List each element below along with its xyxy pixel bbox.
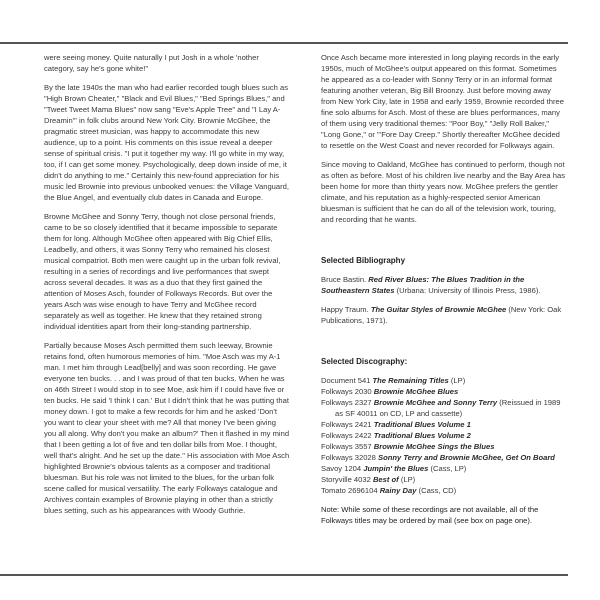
label: Folkways 2327 bbox=[321, 398, 372, 407]
discography-entry: Storyville 4032 Best of (LP) bbox=[321, 474, 565, 485]
discography-entry: Folkways 2421 Traditional Blues Volume 1 bbox=[321, 419, 565, 430]
label: Tomato 2696104 bbox=[321, 486, 378, 495]
discography-entry: Folkways 3557 Brownie McGhee Sings the B… bbox=[321, 441, 565, 452]
discography-note: Note: While some of these recordings are… bbox=[321, 504, 565, 526]
book-title: The Guitar Styles of Brownie McGhee bbox=[371, 305, 506, 314]
paragraph: Browne McGhee and Sonny Terry, though no… bbox=[44, 211, 290, 332]
discography-entry: Folkways 2422 Traditional Blues Volume 2 bbox=[321, 430, 565, 441]
top-rule bbox=[0, 42, 568, 44]
bibliography-list: Bruce Bastin. Red River Blues: The Blues… bbox=[321, 274, 565, 326]
bibliography-entry: Bruce Bastin. Red River Blues: The Blues… bbox=[321, 274, 565, 296]
format: (LP) bbox=[401, 475, 415, 484]
author: Happy Traum. bbox=[321, 305, 369, 314]
discography-entry: Document 541 The Remaining Titles (LP) bbox=[321, 375, 565, 386]
label: Folkways 2421 bbox=[321, 420, 372, 429]
discography-entry: Folkways 32028 Sonny Terry and Brownie M… bbox=[321, 452, 565, 463]
discography-entry: Tomato 2696104 Rainy Day (Cass, CD) bbox=[321, 485, 565, 496]
label: Folkways 3557 bbox=[321, 442, 372, 451]
label: Document 541 bbox=[321, 376, 370, 385]
album-title: Brownie McGhee Blues bbox=[374, 387, 458, 396]
publication: (Urbana: University of Illinois Press, 1… bbox=[397, 286, 541, 295]
discography-entry: Savoy 1204 Jumpin' the Blues (Cass, LP) bbox=[321, 463, 565, 474]
album-title: Jumpin' the Blues bbox=[363, 464, 428, 473]
album-title: Brownie McGhee and Sonny Terry bbox=[374, 398, 497, 407]
album-title: Traditional Blues Volume 1 bbox=[374, 420, 471, 429]
bibliography-entry: Happy Traum. The Guitar Styles of Browni… bbox=[321, 304, 565, 326]
paragraph: were seeing money. Quite naturally I put… bbox=[44, 52, 290, 74]
bibliography-heading: Selected Bibliography bbox=[321, 255, 565, 266]
album-title: Sonny Terry and Brownie McGhee, Get On B… bbox=[378, 453, 555, 462]
album-title: Traditional Blues Volume 2 bbox=[374, 431, 471, 440]
album-title: Best of bbox=[373, 475, 399, 484]
format: (Cass, LP) bbox=[430, 464, 466, 473]
discography-list: Document 541 The Remaining Titles (LP) F… bbox=[321, 375, 565, 496]
label: Storyville 4032 bbox=[321, 475, 371, 484]
album-title: The Remaining Titles bbox=[373, 376, 449, 385]
label: Folkways 2422 bbox=[321, 431, 372, 440]
format: (LP) bbox=[451, 376, 465, 385]
album-title: Rainy Day bbox=[380, 486, 417, 495]
author: Bruce Bastin. bbox=[321, 275, 366, 284]
paragraph: Partially because Moses Asch permitted t… bbox=[44, 340, 290, 516]
discography-entry: Folkways 2327 Brownie McGhee and Sonny T… bbox=[321, 397, 565, 419]
format: (Cass, CD) bbox=[419, 486, 457, 495]
album-title: Brownie McGhee Sings the Blues bbox=[374, 442, 495, 451]
discography-entry: Folkways 2030 Brownie McGhee Blues bbox=[321, 386, 565, 397]
paragraph: Once Asch became more interested in long… bbox=[321, 52, 565, 151]
paragraph: Since moving to Oakland, McGhee has cont… bbox=[321, 159, 565, 225]
discography-heading: Selected Discography: bbox=[321, 356, 565, 367]
right-column: Once Asch became more interested in long… bbox=[321, 52, 565, 534]
left-column: were seeing money. Quite naturally I put… bbox=[44, 52, 290, 524]
label: Folkways 2030 bbox=[321, 387, 372, 396]
paragraph: By the late 1940s the man who had earlie… bbox=[44, 82, 290, 203]
label: Savoy 1204 bbox=[321, 464, 361, 473]
label: Folkways 32028 bbox=[321, 453, 376, 462]
bottom-rule bbox=[0, 574, 568, 576]
